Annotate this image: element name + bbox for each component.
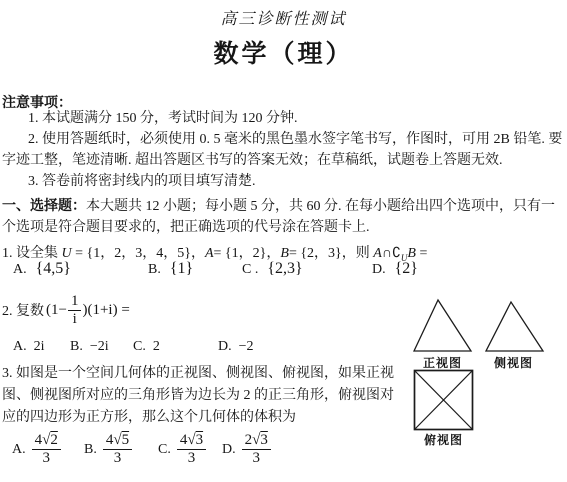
option-value: {1} xyxy=(170,260,193,277)
option-value: {2,3} xyxy=(267,260,302,277)
option-value: {2} xyxy=(395,260,418,277)
option-label: A. xyxy=(13,262,27,277)
q1-option-d: D.{2} xyxy=(372,260,418,278)
q3-option-b: B.4√53 xyxy=(84,432,133,467)
fraction-denominator: 3 xyxy=(188,450,196,467)
section-label: 一、选择题： xyxy=(2,199,86,214)
question-2-stem: 2. 复数(1−1i)(1+i) = xyxy=(2,288,130,332)
q3-line-2: 图、侧视图所对应的三角形皆为边长为 2 的正三角形，俯视图对 xyxy=(2,385,426,407)
fraction-denominator: 3 xyxy=(114,450,122,467)
q2-option-a: A.2i xyxy=(13,339,45,355)
q3-options-row: A.4√23 B.4√53 C.4√33 D.2√33 xyxy=(0,432,330,478)
option-label: A. xyxy=(12,442,26,458)
option-label: D. xyxy=(372,262,386,277)
fraction-denominator: 3 xyxy=(252,450,260,467)
radicand: 3 xyxy=(196,432,204,448)
q2-text: 2. 复数 xyxy=(2,300,44,320)
option-fraction: 4√33 xyxy=(177,432,206,467)
side-view-label: 侧视图 xyxy=(494,354,533,371)
option-label: B. xyxy=(148,262,161,277)
orthographic-views-figure: 正视图 侧视图 俯视图 xyxy=(408,288,567,458)
q1-set-b: B xyxy=(407,246,416,261)
page-title: 高三诊断性测试 xyxy=(0,6,567,29)
q3-line-1: 3. 如图是一个空间几何体的正视图、侧视图、俯视图，如果正视 xyxy=(2,363,426,385)
q1-text: = {1，2}， xyxy=(214,246,281,261)
q1-equals: = xyxy=(416,246,427,261)
q3-option-a: A.4√23 xyxy=(12,432,62,467)
question-3-stem: 3. 如图是一个空间几何体的正视图、侧视图、俯视图，如果正视 图、侧视图所对应的… xyxy=(2,363,426,429)
q1-set-a: A xyxy=(205,246,214,261)
q2-expression-close: )(1+i) = xyxy=(82,302,129,319)
q3-option-c: C.4√33 xyxy=(158,432,207,467)
q1-option-b: B.{1} xyxy=(148,260,193,278)
section-heading-line: 一、选择题：本大题共 12 小题；每小题 5 分，共 60 分. 在每小题给出四… xyxy=(2,195,555,215)
q1-text: 1. 设全集 xyxy=(2,246,62,261)
fraction-numerator: 4√5 xyxy=(103,432,132,450)
fraction-numerator: 2√3 xyxy=(242,432,271,450)
section-intro-line-1: 本大题共 12 小题；每小题 5 分，共 60 分. 在每小题给出四个选项中，只… xyxy=(86,199,555,214)
radicand: 3 xyxy=(260,432,268,448)
fraction-denominator: 3 xyxy=(42,450,50,467)
q1-option-a: A.{4,5} xyxy=(13,260,71,278)
notice-line-2: 2. 使用答题纸时，必须使用 0. 5 毫米的黑色墨水签字笔书写，作图时，可用 … xyxy=(28,128,562,148)
top-view-square-icon xyxy=(413,369,475,432)
notice-line-2-cont: 字迹工整，笔迹清晰. 超出答题区书写的答案无效；在草稿纸，试题卷上答题无效. xyxy=(2,149,503,169)
page-subtitle: 数学（理） xyxy=(0,34,567,70)
notice-line-3: 3. 答卷前将密封线内的项目填写清楚. xyxy=(28,170,256,190)
option-label: C. xyxy=(158,442,171,458)
option-value: −2 xyxy=(239,339,254,354)
top-view-label: 俯视图 xyxy=(424,431,463,448)
option-label: B. xyxy=(70,339,83,354)
radical-coefficient: 2 xyxy=(245,432,253,448)
radical-coefficient: 4 xyxy=(35,432,43,448)
option-label: D. xyxy=(222,442,236,458)
q3-option-d: D.2√33 xyxy=(222,432,272,467)
fraction-numerator: 1 xyxy=(68,293,82,311)
fraction-denominator: i xyxy=(73,311,77,328)
side-view-triangle-icon xyxy=(485,300,545,353)
radical-sign: √ xyxy=(187,432,195,448)
q2-option-c: C.2 xyxy=(133,339,160,355)
q1-text: = {2，3}，则 xyxy=(289,246,373,261)
option-label: A. xyxy=(13,339,27,354)
section-intro-line-2: 个选项是符合题目要求的，把正确选项的代号涂在答题卡上. xyxy=(2,216,370,236)
q1-set-u: U xyxy=(62,246,72,261)
radical-sign: √ xyxy=(113,432,121,448)
radicand: 5 xyxy=(122,432,130,448)
option-label: C . xyxy=(242,262,258,277)
q2-option-b: B.−2i xyxy=(70,339,109,355)
option-label: D. xyxy=(218,339,232,354)
fraction-numerator: 4√2 xyxy=(32,432,61,450)
option-fraction: 4√53 xyxy=(103,432,132,467)
q3-line-3: 应的四边形为正方形，那么这个几何体的体积为 xyxy=(2,407,426,429)
q1-text: = {1，2，3，4，5}， xyxy=(72,246,205,261)
notice-line-1: 1. 本试题满分 150 分，考试时间为 120 分钟. xyxy=(28,107,298,127)
option-fraction: 4√23 xyxy=(32,432,61,467)
fraction-numerator: 4√3 xyxy=(177,432,206,450)
option-label: B. xyxy=(84,442,97,458)
option-label: C. xyxy=(133,339,146,354)
exam-paper: 高三诊断性测试 数学（理） 注意事项： 1. 本试题满分 150 分，考试时间为… xyxy=(0,0,567,482)
q1-set-a: A xyxy=(373,246,382,261)
front-view-triangle-icon xyxy=(413,298,473,353)
q2-expression-open: (1− xyxy=(46,302,67,319)
option-value: −2i xyxy=(90,339,109,354)
option-value: {4,5} xyxy=(36,260,71,277)
q1-option-c: C .{2,3} xyxy=(242,260,303,278)
q2-option-d: D.−2 xyxy=(218,339,254,355)
option-fraction: 2√33 xyxy=(242,432,271,467)
q2-fraction: 1i xyxy=(68,293,82,328)
q1-set-b: B xyxy=(280,246,289,261)
option-value: 2 xyxy=(153,339,160,354)
radicand: 2 xyxy=(50,432,58,448)
option-value: 2i xyxy=(34,339,45,354)
q1-complement-symbol: ∩∁ xyxy=(382,246,401,261)
